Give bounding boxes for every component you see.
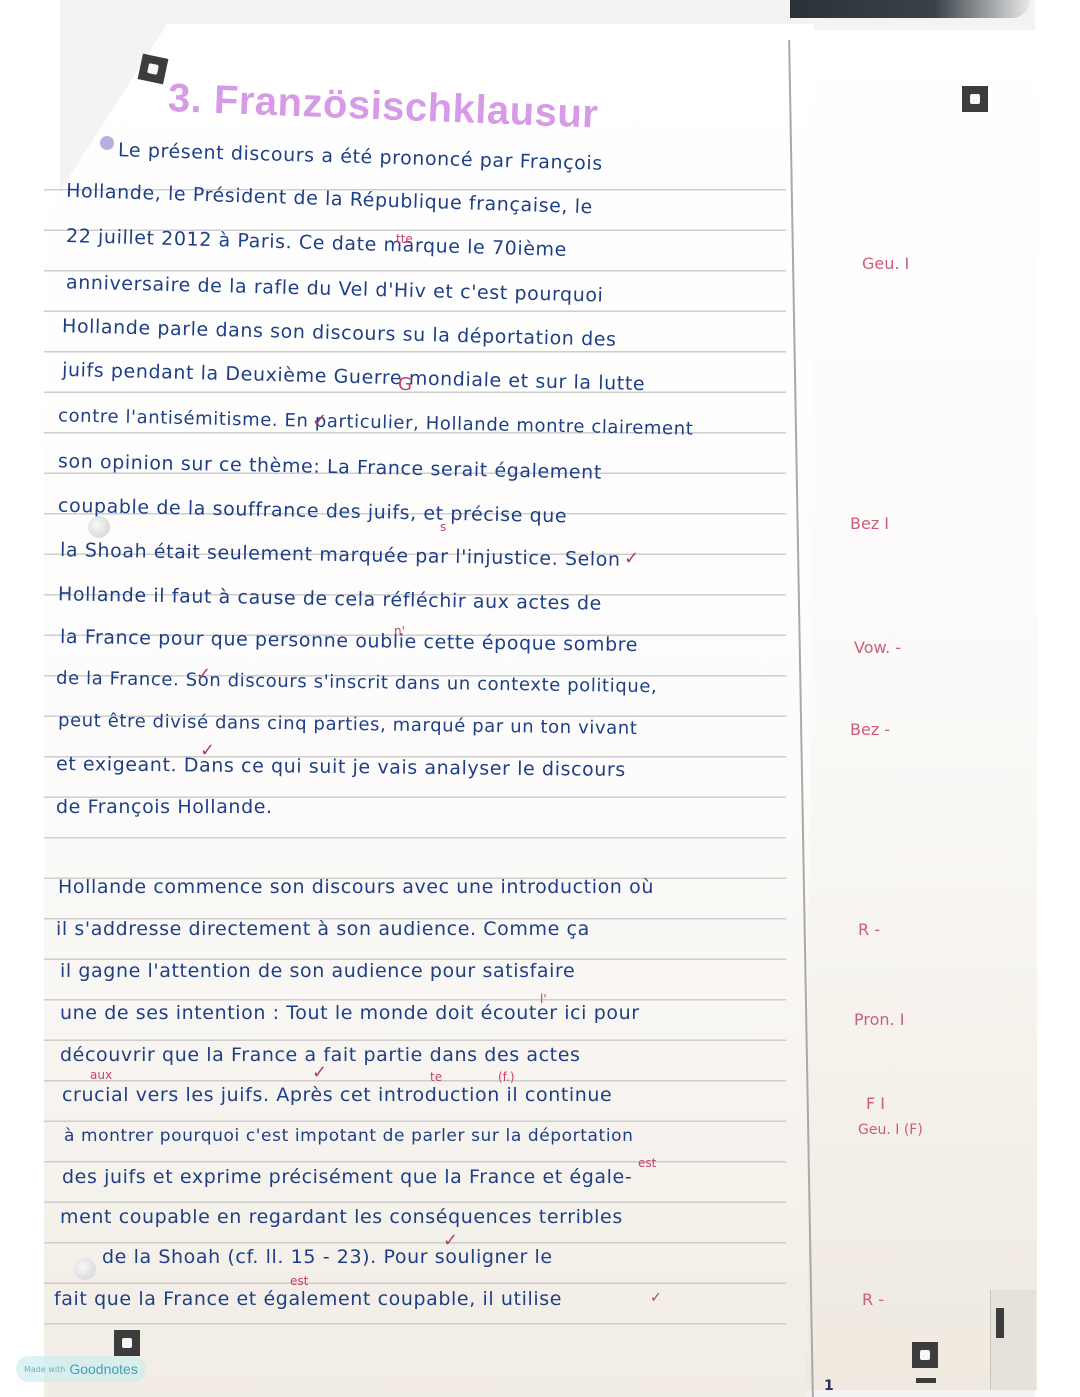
- scan-marker-top-left-icon: [138, 54, 169, 85]
- punch-hole: [88, 516, 110, 538]
- page-number: 1: [824, 1378, 834, 1394]
- correction-mark: te: [430, 1070, 442, 1084]
- margin-note: Geu. I (F): [858, 1122, 923, 1138]
- text-line: crucial vers les juifs. Après cet introd…: [62, 1084, 612, 1106]
- checkmark-icon: ✓: [200, 740, 215, 761]
- background-right: [1035, 0, 1080, 1397]
- checkmark-icon: ✓: [650, 1290, 662, 1306]
- correction-mark: G: [398, 374, 412, 395]
- goodnotes-watermark: Made with Goodnotes: [16, 1356, 146, 1382]
- margin-note: F I: [866, 1094, 885, 1113]
- correction-mark: aux: [90, 1068, 112, 1082]
- bullet-icon: [100, 136, 114, 150]
- checkmark-icon: ✓: [312, 1062, 327, 1083]
- text-line: à montrer pourquoi c'est impotant de par…: [64, 1126, 634, 1146]
- back-page-edge: [990, 1290, 1036, 1390]
- text-line: fait que la France et également coupable…: [54, 1288, 562, 1310]
- correction-mark: l': [540, 992, 547, 1006]
- scan-marker-bottom-left-icon: [114, 1330, 140, 1356]
- punch-hole: [74, 1258, 96, 1280]
- watermark-prefix: Made with: [24, 1365, 65, 1374]
- text-line: de la Shoah (cf. ll. 15 - 23). Pour soul…: [102, 1246, 553, 1268]
- background-object: [790, 0, 1030, 18]
- text-line: Hollande commence son discours avec une …: [58, 876, 654, 898]
- checkmark-icon: ✓: [196, 664, 211, 685]
- margin-note: Geu. I: [862, 254, 909, 273]
- scan-marker-edge-icon: [996, 1308, 1004, 1338]
- margin-note: Bez -: [850, 720, 890, 739]
- text-line: des juifs et exprime précisément que la …: [62, 1166, 632, 1188]
- margin-note: R -: [858, 920, 880, 939]
- text-line: ment coupable en regardant les conséquen…: [60, 1206, 623, 1228]
- checkmark-icon: ✓: [624, 548, 639, 569]
- scan-marker-bar-icon: [916, 1378, 936, 1383]
- scan-marker-top-right-icon: [962, 86, 988, 112]
- correction-mark: (f.): [498, 1070, 515, 1084]
- correction-mark: s: [440, 520, 446, 534]
- margin-note: Pron. I: [854, 1010, 904, 1029]
- correction-mark: tte: [396, 232, 413, 246]
- scan-marker-bottom-right-icon: [912, 1342, 938, 1368]
- text-line: il gagne l'attention de son audience pou…: [60, 960, 575, 982]
- text-line: une de ses intention : Tout le monde doi…: [60, 1002, 640, 1024]
- watermark-brand: Goodnotes: [69, 1361, 138, 1377]
- text-line: de François Hollande.: [56, 796, 273, 818]
- text-line: il s'addresse directement à son audience…: [56, 918, 590, 940]
- correction-mark: est: [290, 1274, 308, 1288]
- margin-note: R -: [862, 1290, 884, 1309]
- checkmark-icon: ✓: [443, 1230, 458, 1251]
- correction-mark: n': [394, 624, 405, 638]
- correction-mark: est: [638, 1156, 656, 1170]
- margin-note: Bez I: [850, 514, 889, 533]
- back-page: [790, 30, 1037, 1390]
- checkmark-icon: ✓: [312, 410, 327, 431]
- margin-note: Vow. -: [854, 638, 901, 657]
